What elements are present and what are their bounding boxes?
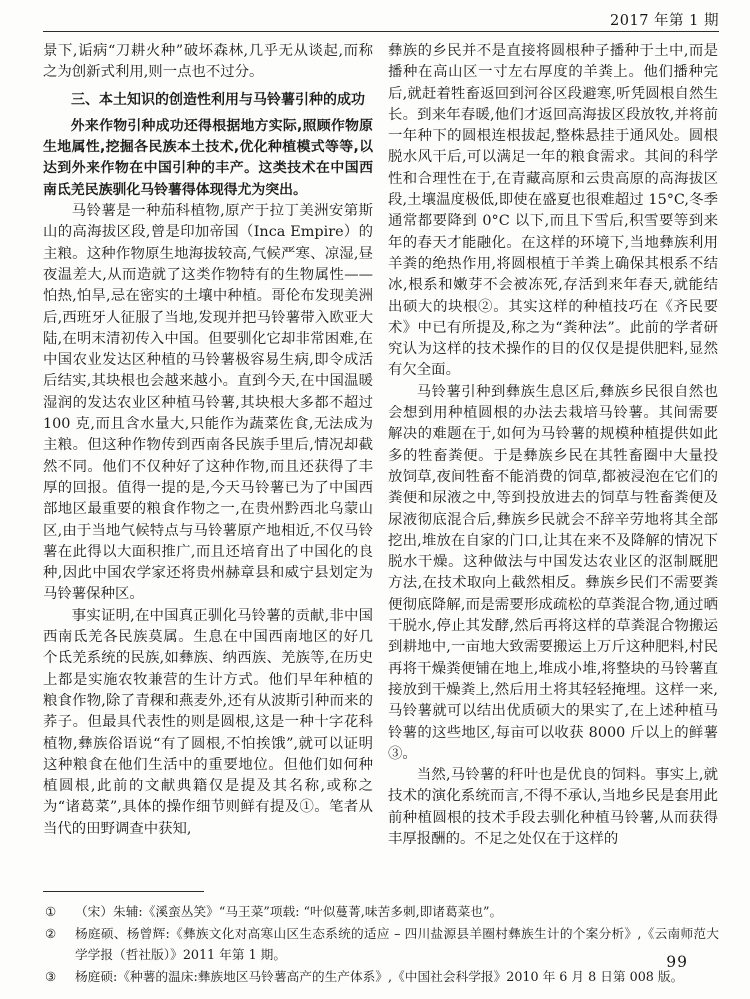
footnote-text: （宋）朱辅:《溪蛮丛笑》“马王菜”项载: “叶似蔓菁,味苦多刺,即诸葛菜也”。 — [75, 901, 719, 923]
section-heading: 三、本土知识的创造性利用与马铃薯引种的成功 — [43, 90, 373, 111]
document-page: 2017 年第 1 期 景下,诟病“刀耕火种”破坏森林,几乎无从谈起,而称之为创… — [0, 0, 750, 999]
lead-paragraph: 外来作物引种成功还得根据地方实际,照顾作物原生地属性,挖掘各民族本土技术,优化种… — [43, 116, 373, 201]
paragraph-continuation: 景下,诟病“刀耕火种”破坏森林,几乎无从谈起,而称之为创新式利用,则一点也不过分… — [43, 41, 373, 84]
footnote-1: ① （宋）朱辅:《溪蛮丛笑》“马王菜”项载: “叶似蔓菁,味苦多刺,即诸葛菜也”… — [43, 901, 719, 923]
footnote-text: 杨庭硕、杨曾辉:《彝族文化对高寒山区生态系统的适应 – 四川盐源县羊圈村彝族生计… — [75, 923, 719, 966]
body-paragraph: 马铃薯引种到彝族生息区后,彝族乡民很自然也会想到用种植圆根的办法去栽培马铃薯。其… — [388, 382, 718, 765]
footnote-text: 杨庭硕:《种薯的温床:彝族地区马铃薯高产的生产体系》,《中国社会科学报》2010… — [75, 966, 719, 988]
issue-label: 2017 年第 1 期 — [610, 13, 719, 29]
header-divider — [43, 31, 719, 32]
journal-header: 2017 年第 1 期 — [610, 9, 719, 30]
footnote-marker: ② — [43, 923, 75, 966]
body-paragraph: 马铃薯是一种茄科植物,原产于拉丁美洲安第斯山的高海拔区段,曾是印加帝国（Inca… — [43, 201, 373, 606]
footnote-marker: ③ — [43, 966, 75, 988]
body-paragraph: 事实证明,在中国真正驯化马铃薯的贡献,非中国西南氐羌各民族莫属。生息在中国西南地… — [43, 606, 373, 840]
page-number: 99 — [666, 953, 688, 971]
footnote-marker: ① — [43, 901, 75, 923]
right-column: 彝族的乡民并不是直接将圆根种子播种于土中,而是播种在高山区一寸左右厚度的羊粪上。… — [388, 41, 718, 893]
footnote-divider — [43, 891, 204, 892]
paragraph-continuation: 彝族的乡民并不是直接将圆根种子播种于土中,而是播种在高山区一寸左右厚度的羊粪上。… — [388, 41, 718, 382]
footnote-2: ② 杨庭硕、杨曾辉:《彝族文化对高寒山区生态系统的适应 – 四川盐源县羊圈村彝族… — [43, 923, 719, 966]
body-paragraph: 当然,马铃薯的秆叶也是优良的饲料。事实上,就技术的演化系统而言,不得不承认,当地… — [388, 765, 718, 850]
footnote-3: ③ 杨庭硕:《种薯的温床:彝族地区马铃薯高产的生产体系》,《中国社会科学报》20… — [43, 966, 719, 988]
body-columns: 景下,诟病“刀耕火种”破坏森林,几乎无从谈起,而称之为创新式利用,则一点也不过分… — [43, 41, 719, 893]
left-column: 景下,诟病“刀耕火种”破坏森林,几乎无从谈起,而称之为创新式利用,则一点也不过分… — [43, 41, 373, 893]
footnote-area: ① （宋）朱辅:《溪蛮丛笑》“马王菜”项载: “叶似蔓菁,味苦多刺,即诸葛菜也”… — [43, 891, 719, 987]
